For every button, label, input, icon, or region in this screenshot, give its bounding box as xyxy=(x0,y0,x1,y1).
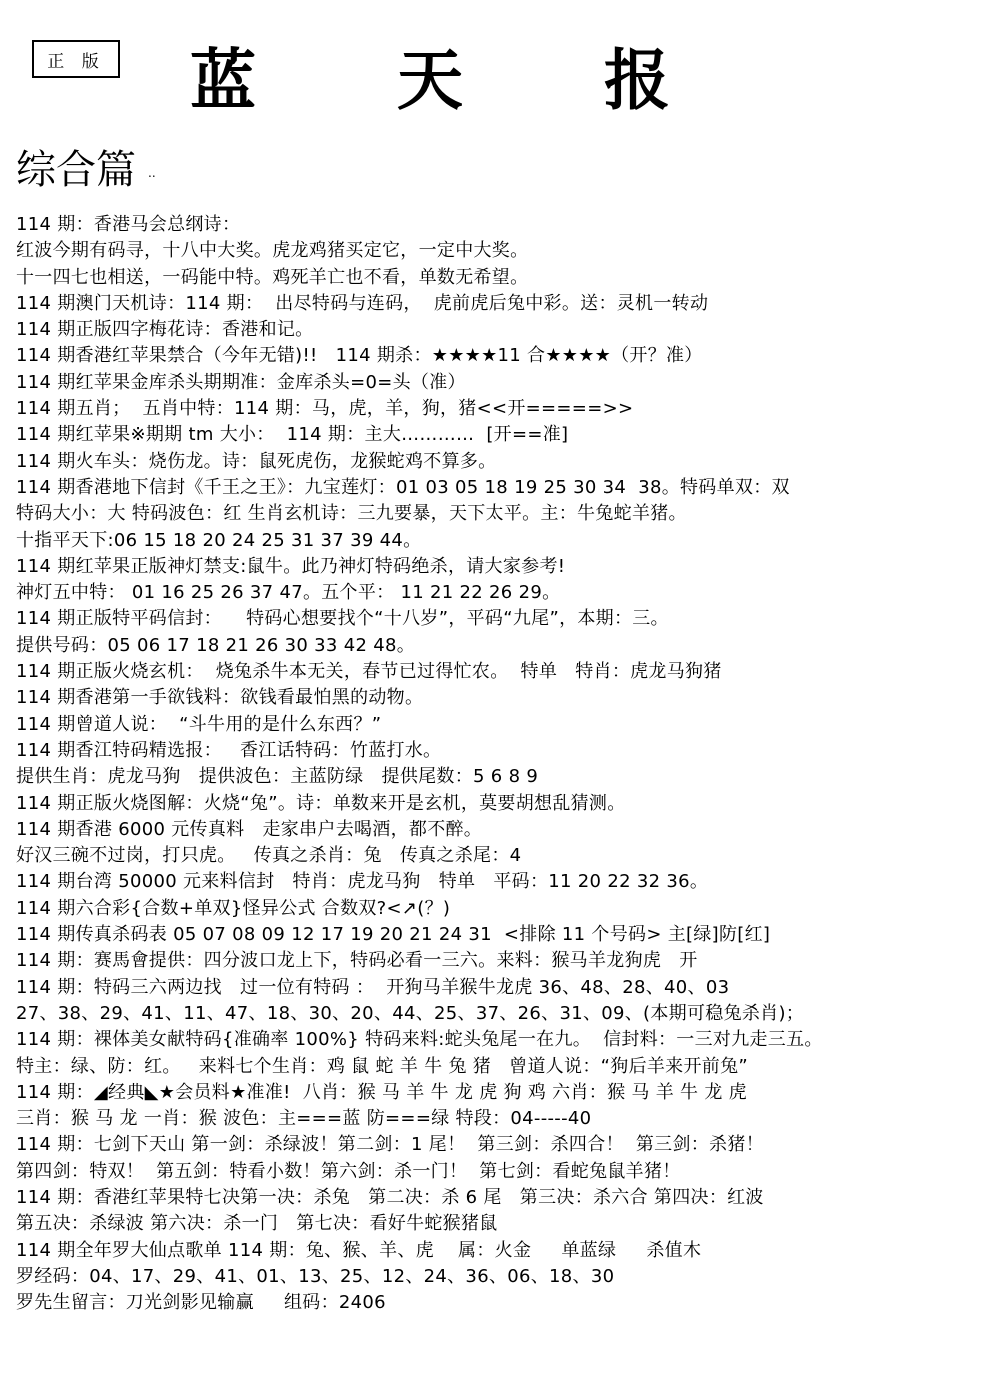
masthead-char-2: 天 xyxy=(397,47,463,113)
text-line: 提供号码：05 06 17 18 21 26 30 33 42 48。 xyxy=(16,633,996,659)
text-line: 罗先生留言：刀光剑影见输赢 组码：2406 xyxy=(16,1290,996,1316)
text-line: 27、38、29、41、11、47、18、30、20、44、25、37、26、3… xyxy=(16,1001,996,1027)
text-line: 114 期六合彩{合数+单双}怪异公式 合数双?<↗(？) xyxy=(16,896,996,922)
text-line: 114 期火车头：烧伤龙。诗：鼠死虎伤，龙猴蛇鸡不算多。 xyxy=(16,449,996,475)
masthead-char-1: 蓝 xyxy=(190,47,256,113)
text-line: 114 期传真杀码表 05 07 08 09 12 17 19 20 21 24… xyxy=(16,922,996,948)
text-line: 特主：绿、防：红。 来料七个生肖：鸡 鼠 蛇 羊 牛 兔 猪 曾道人说：“狗后羊… xyxy=(16,1054,996,1080)
text-line: 114 期澳门天机诗：114 期： 出尽特码与连码， 虎前虎后兔中彩。送：灵机一… xyxy=(16,291,996,317)
text-line: 114 期香港 6000 元传真料 走家串户去喝酒，都不醉。 xyxy=(16,817,996,843)
text-line: 114 期：赛馬會提供：四分波口龙上下，特码必看一三六。来料：猴马羊龙狗虎 开 xyxy=(16,948,996,974)
text-line: 第四剑：特双！ 第五剑：特看小数！第六剑：杀一门！ 第七剑：看蛇兔鼠羊猪！ xyxy=(16,1159,996,1185)
section-title-dots: .. xyxy=(148,166,156,180)
masthead-title: 蓝 天 报 xyxy=(190,40,670,120)
text-line: 114 期：香港红苹果特七决第一决：杀兔 第二决：杀 6 尾 第三决：杀六合 第… xyxy=(16,1185,996,1211)
section-title: 综合篇.. xyxy=(16,150,156,190)
text-line: 114 期曾道人说： “斗牛用的是什么东西？” xyxy=(16,712,996,738)
text-line: 十一四七也相送，一码能中特。鸡死羊亡也不看，单数无希望。 xyxy=(16,265,996,291)
text-line: 114 期：特码三六两边找 过一位有特码 ： 开狗马羊猴牛龙虎 36、48、28… xyxy=(16,975,996,1001)
text-line: 114 期：◢经典◣★会员料★准准! 八肖：猴 马 羊 牛 龙 虎 狗 鸡 六肖… xyxy=(16,1080,996,1106)
text-line: 十指平天下:06 15 18 20 24 25 31 37 39 44。 xyxy=(16,528,996,554)
text-line: 114 期香江特码精选报： 香江话特码：竹蓝打水。 xyxy=(16,738,996,764)
text-line: 114 期全年罗大仙点歌单 114 期：兔、猴、羊、虎 属：火金 单蓝绿 杀值木 xyxy=(16,1238,996,1264)
text-line: 114 期正版四字梅花诗：香港和记。 xyxy=(16,317,996,343)
edition-label: 正 版 xyxy=(47,47,104,72)
section-title-text: 综合篇 xyxy=(16,147,136,193)
text-line: 114 期香港红苹果禁合（今年无错)!! 114 期杀：★★★★11 合★★★★… xyxy=(16,343,996,369)
text-line: 第五决：杀绿波 第六决：杀一门 第七决：看好牛蛇猴猪鼠 xyxy=(16,1211,996,1237)
text-line: 114 期香港第一手欲钱料：欲钱看最怕黑的动物。 xyxy=(16,685,996,711)
text-line: 特码大小：大 特码波色：红 生肖玄机诗：三九要暴，天下太平。主：牛兔蛇羊猪。 xyxy=(16,501,996,527)
text-line: 好汉三碗不过岗，打只虎。 传真之杀肖：兔 传真之杀尾：4 xyxy=(16,843,996,869)
text-line: 114 期红苹果※期期 tm 大小： 114 期：主大………… [开==准] xyxy=(16,422,996,448)
text-line: 114 期五肖； 五肖中特：114 期：马，虎，羊，狗，猪<<开=====>> xyxy=(16,396,996,422)
text-line: 114 期：裸体美女献特码{准确率 100%} 特码来料:蛇头兔尾一在九。 信封… xyxy=(16,1027,996,1053)
text-line: 114 期红苹果正版神灯禁支:鼠牛。此乃神灯特码绝杀，请大家参考! xyxy=(16,554,996,580)
text-line: 114 期：香港马会总纲诗： xyxy=(16,212,996,238)
text-line: 罗经码：04、17、29、41、01、13、25、12、24、36、06、18、… xyxy=(16,1264,996,1290)
text-line: 114 期正版火烧图解：火烧“兔”。诗：单数来开是玄机，莫要胡想乱猜测。 xyxy=(16,791,996,817)
text-line: 114 期正版特平码信封： 特码心想要找个“十八岁”，平码“九尾”，本期：三。 xyxy=(16,606,996,632)
text-line: 114 期红苹果金库杀头期期准：金库杀头=0=头（准） xyxy=(16,370,996,396)
edition-badge: 正 版 xyxy=(32,40,120,78)
text-line: 114 期台湾 50000 元来料信封 特肖：虎龙马狗 特单 平码：11 20 … xyxy=(16,869,996,895)
masthead-char-3: 报 xyxy=(604,47,670,113)
text-line: 114 期正版火烧玄机： 烧兔杀牛本无关，春节已过得忙农。 特单 特肖：虎龙马狗… xyxy=(16,659,996,685)
text-line: 三肖：猴 马 龙 一肖：猴 波色：主===蓝 防===绿 特段：04-----4… xyxy=(16,1106,996,1132)
text-line: 提供生肖：虎龙马狗 提供波色：主蓝防绿 提供尾数：5 6 8 9 xyxy=(16,764,996,790)
text-line: 红波今期有码寻，十八中大奖。虎龙鸡猪买定它，一定中大奖。 xyxy=(16,238,996,264)
text-line: 114 期香港地下信封《千王之王》：九宝莲灯：01 03 05 18 19 25… xyxy=(16,475,996,501)
article-body: 114 期：香港马会总纲诗： 红波今期有码寻，十八中大奖。虎龙鸡猪买定它，一定中… xyxy=(16,212,996,1316)
text-line: 神灯五中特： 01 16 25 26 37 47。五个平： 11 21 22 2… xyxy=(16,580,996,606)
text-line: 114 期：七剑下天山 第一剑：杀绿波！第二剑：1 尾！ 第三剑：杀四合！ 第三… xyxy=(16,1132,996,1158)
